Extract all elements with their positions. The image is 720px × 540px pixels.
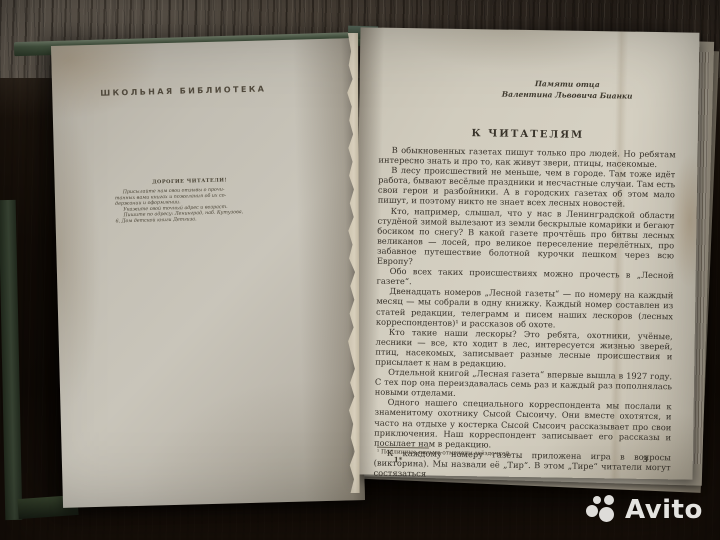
avito-watermark: Avito [586,495,703,525]
avito-wordmark: Avito [625,495,703,525]
signature-mark: 1* [394,455,403,464]
body-paragraph: Двенадцать номеров „Лесной газеты“ — по … [376,286,674,331]
dedication: Памяти отца Валентина Львовича Бианки [502,78,633,102]
chapter-body: В обыкновенных газетах пишут только про … [373,145,675,483]
avito-logo-icon [586,495,620,525]
readers-note-heading: ДОРОГИЕ ЧИТАТЕЛИ! [115,176,265,185]
body-paragraph: Отдельной книгой „Лесная газета“ впервые… [375,367,672,402]
readers-note: ДОРОГИЕ ЧИТАТЕЛИ! Присылайте нам свои от… [115,176,266,223]
book-photo: ШКОЛЬНАЯ БИБЛИОТЕКА ДОРОГИЕ ЧИТАТЕЛИ! Пр… [0,0,720,540]
series-header: ШКОЛЬНАЯ БИБЛИОТЕКА [100,84,266,97]
body-paragraph: В лесу происшествий не меньше, чем в гор… [378,165,676,210]
chapter-heading: К ЧИТАТЕЛЯМ [379,127,677,143]
body-paragraph: Одного нашего специального корреспондент… [374,397,672,452]
book-cover-left-edge [0,200,22,520]
body-paragraph: Кто такие наши лескоры? Это ребята, охот… [375,326,673,371]
right-page: Памяти отца Валентина Львовича Бианки К … [354,27,700,479]
dedication-line: Валентина Львовича Бианки [502,89,633,102]
body-paragraph: Кто, например, слышал, что у нас в Ленин… [377,205,675,270]
page-number: 3 [643,455,648,464]
left-page: ШКОЛЬНАЯ БИБЛИОТЕКА ДОРОГИЕ ЧИТАТЕЛИ! Пр… [51,38,365,508]
